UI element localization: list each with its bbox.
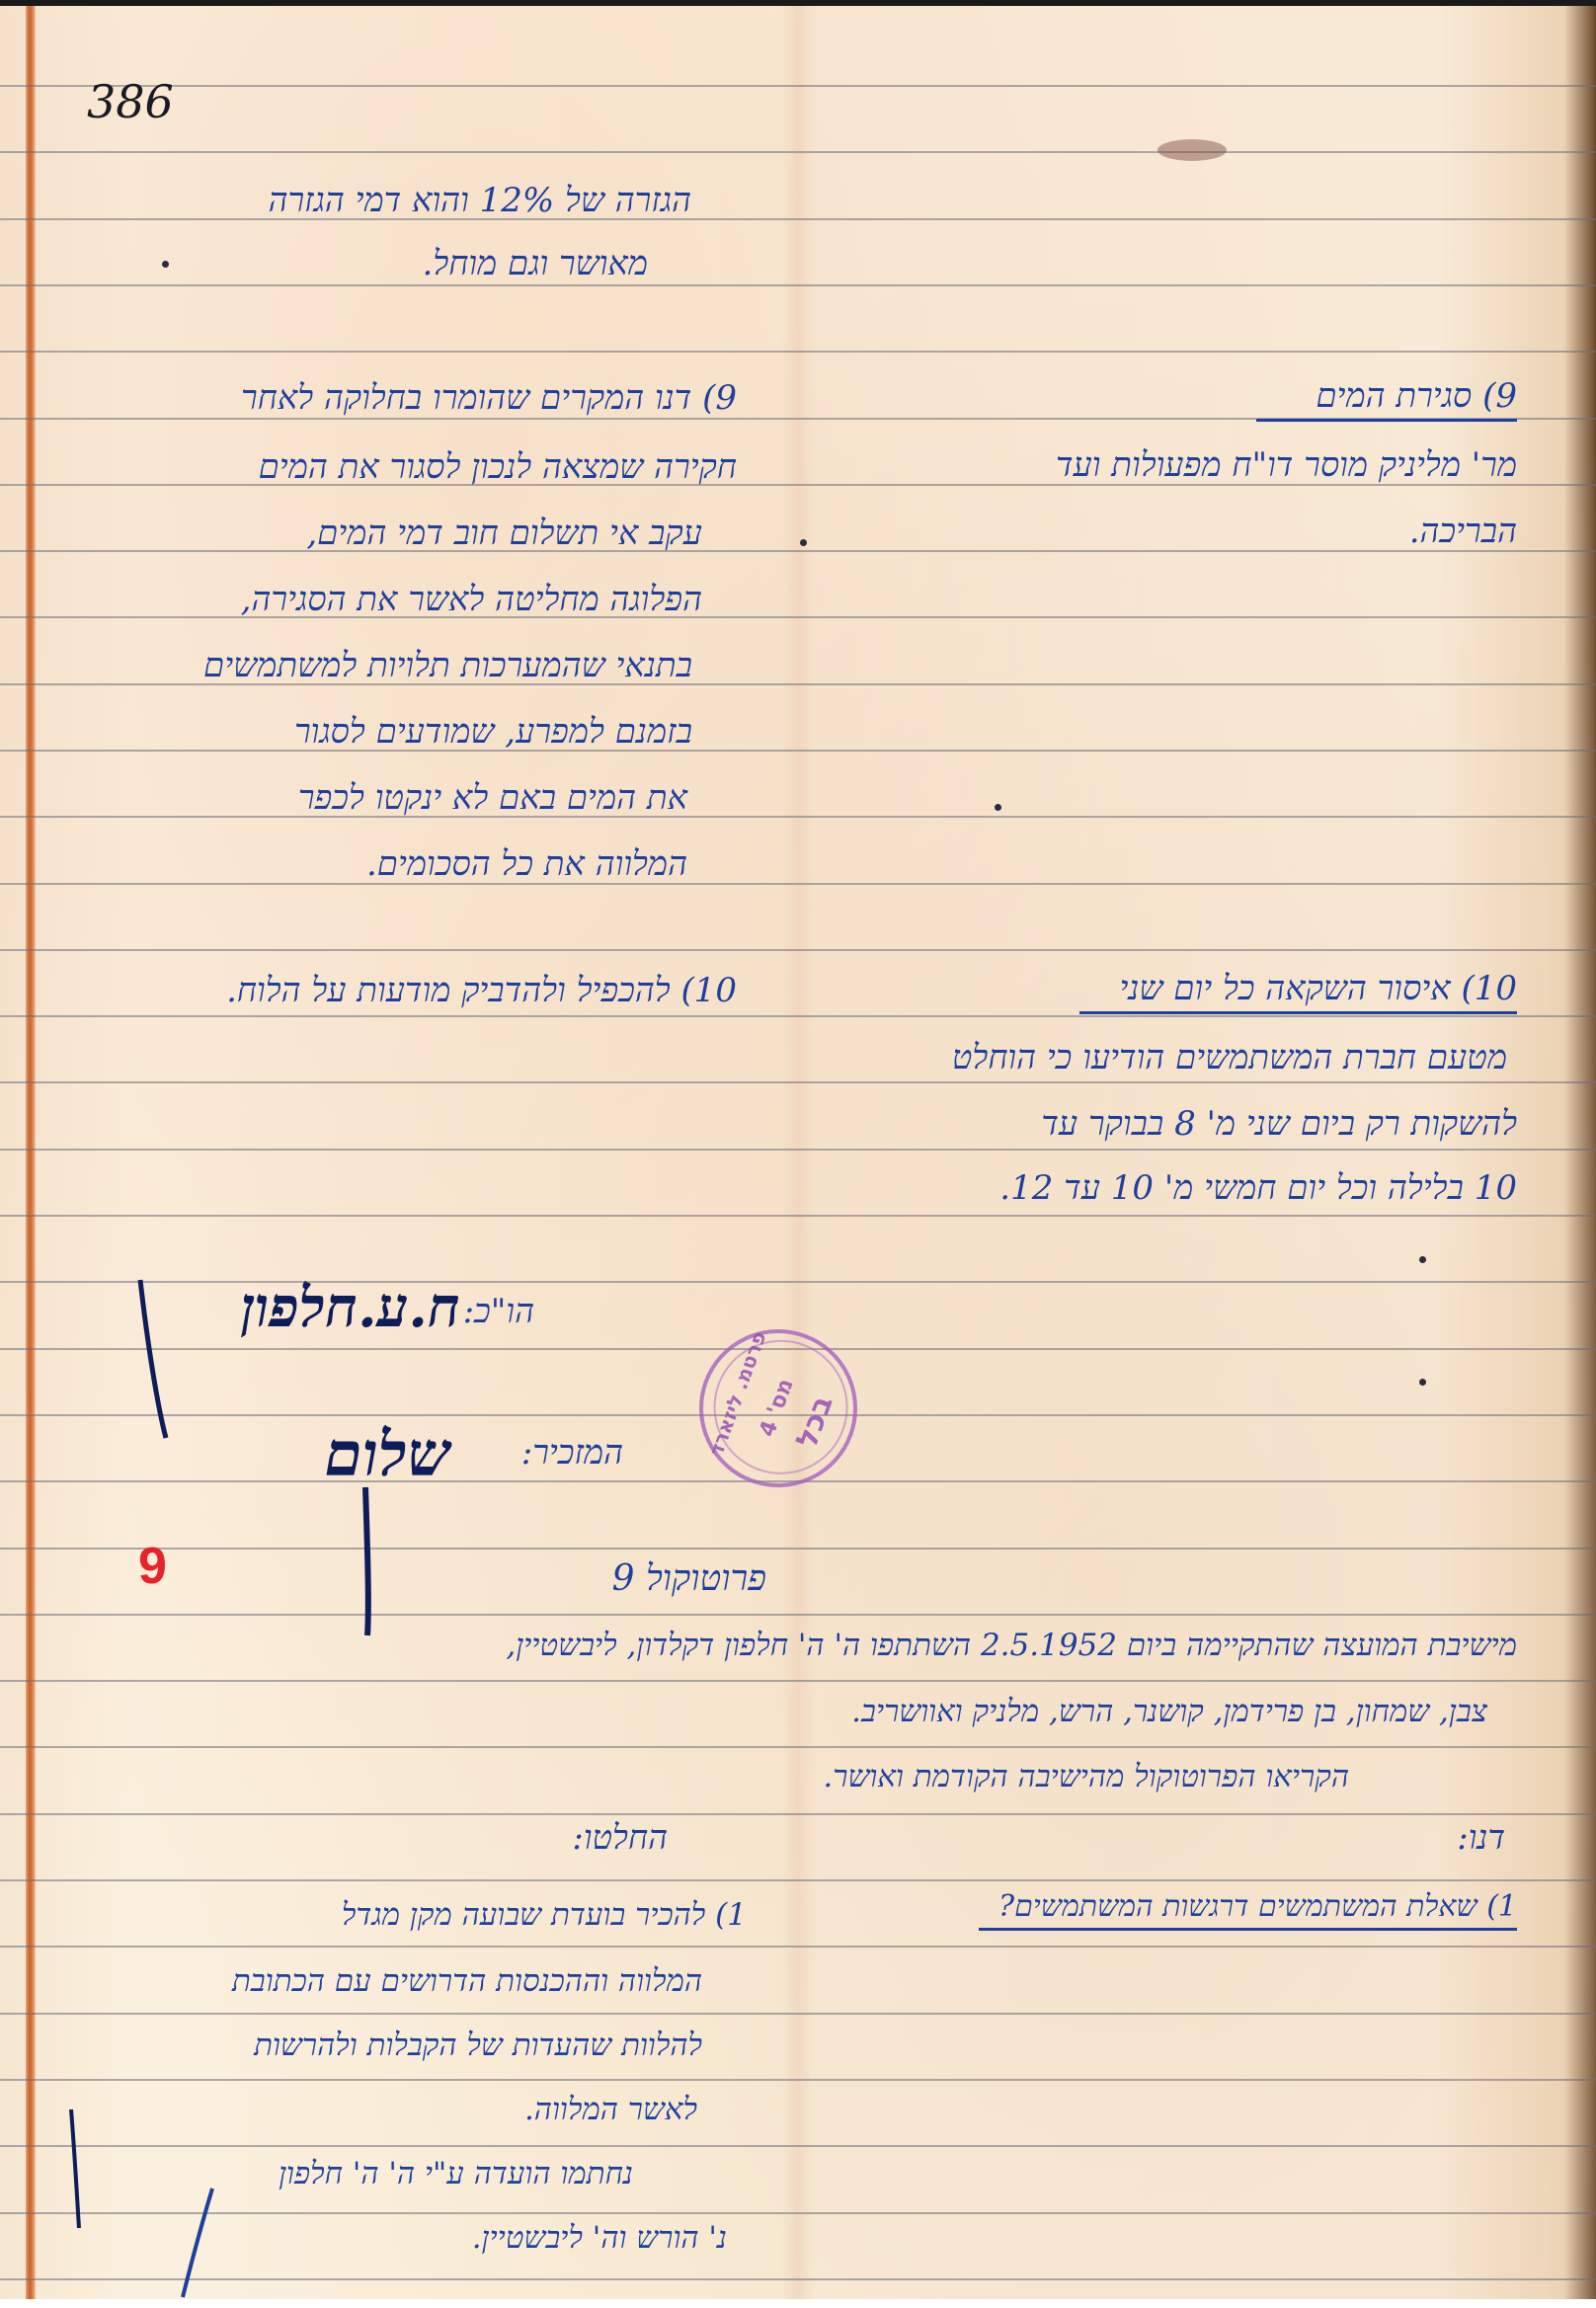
ruled-line — [0, 1813, 1596, 1815]
left-item-9-line: הפלוגה מחליטה לאשר את הסגירה, — [241, 583, 702, 616]
page-number: 386 — [87, 75, 174, 128]
left-protocol-item-1-line: 1) להכיר בועדת שבועה מקן מגדל — [342, 1900, 747, 1931]
protocol-intro-line: מישיבת המועצה שהתקיימה ביום 2.5.1952 השת… — [506, 1631, 1517, 1661]
ruled-line — [0, 816, 1596, 818]
right-item-9-line: הבריכה. — [1409, 515, 1517, 548]
ink-blot — [1157, 139, 1227, 161]
right-item-9-heading: 9) סגירת המים — [1256, 379, 1517, 422]
secretary-label: המזכיר: — [521, 1436, 623, 1470]
right-item-9-line: מר' מליניק מוסר דו"ח מפעולות ועד — [1056, 448, 1517, 482]
left-item-9-line: עקב אי תשלום חוב דמי המים, — [306, 517, 702, 550]
header-line-2: מאושר וגם מוחל. — [423, 247, 648, 280]
ink-dot — [995, 804, 1001, 811]
ruled-line — [0, 1946, 1596, 1948]
left-item-9-line: חקירה שמצאה לנכון לסגור את המים — [259, 450, 737, 484]
right-item-10-line: 10 בלילה וכל יום חמשי מ' 10 עד 12. — [999, 1171, 1517, 1205]
ruled-line — [0, 284, 1596, 286]
ruled-line — [0, 2278, 1596, 2280]
secretary-signature: שלום — [325, 1418, 450, 1491]
ruled-line — [0, 1680, 1596, 1682]
left-item-9-line: 9) דנו המקרים שהומרו בחלוקה לאחר — [241, 381, 737, 415]
right-item-10-heading: 10) איסור השקאה כל יום שני — [1079, 972, 1517, 1014]
left-protocol-item-1-line: להלוות שהעדות של הקבלות ולהרשות — [254, 2030, 702, 2061]
ruled-line — [0, 1281, 1596, 1283]
ruled-line — [0, 2145, 1596, 2147]
ink-dot — [1419, 1256, 1426, 1263]
discussed-label: דנו: — [1457, 1821, 1505, 1855]
ruled-line — [0, 2013, 1596, 2015]
ruled-line — [0, 2079, 1596, 2081]
ruled-line — [0, 1215, 1596, 1217]
closing-line: נחתמו הועדה ע"י ה' ה' חלפון — [279, 2159, 633, 2189]
closing-line: נ' הורש וה' ליבשטיין. — [472, 2223, 727, 2254]
left-item-9-line: בזמנם למפרע, שמודעים לסגור — [294, 715, 692, 749]
right-item-10-line: מטעם חברת המשתמשים הודיעו כי הוחלט — [952, 1041, 1507, 1074]
left-item-9-line: את המים באם לא ינקטו לכפר — [298, 781, 687, 815]
ruled-line — [0, 1879, 1596, 1881]
ruled-line — [0, 750, 1596, 752]
header-line-1: הגזרה של 12% והוא דמי הגזרה — [269, 184, 691, 217]
ink-dot — [1419, 1379, 1426, 1386]
left-item-10: 10) להכפיל ולהדביק מודעות על הלוח. — [226, 974, 737, 1007]
left-item-9-line: בתנאי שהמערכות תלויות למשתמשים — [203, 649, 692, 682]
ruled-line — [0, 1614, 1596, 1616]
ruled-line — [0, 949, 1596, 951]
ruled-line — [0, 1149, 1596, 1151]
notebook-page: 386 הגזרה של 12% והוא דמי הגזרה מאושר וג… — [0, 0, 1596, 2299]
rubber-stamp: פרטמ. ליזארד מס' 4 בכל — [677, 1307, 879, 1509]
left-protocol-item-1-line: המלווה וההכנסות הדרושים עם הכתובת — [232, 1966, 702, 1997]
right-protocol-item-1: 1) שאלת המשתמשים דרגשות המשתמשים? — [979, 1892, 1517, 1931]
ruled-line — [0, 616, 1596, 618]
chairman-signature: ח.ע.חלפון — [241, 1275, 460, 1340]
ruled-line — [0, 351, 1596, 353]
ruled-line — [0, 1081, 1596, 1083]
right-item-10-line: להשקות רק ביום שני מ' 8 בבוקר עד — [1041, 1107, 1517, 1141]
ink-dot — [800, 539, 807, 546]
ruled-line — [0, 883, 1596, 885]
protocol-title: פרוטוקול 9 — [612, 1561, 766, 1597]
archive-marker: 9 — [138, 1537, 167, 1596]
ruled-line — [0, 1548, 1596, 1550]
ruled-line — [0, 2212, 1596, 2214]
ruled-line — [0, 550, 1596, 552]
ink-dot — [162, 261, 169, 268]
ruled-line — [0, 218, 1596, 220]
left-item-9-line: המלווה את כל הסכומים. — [366, 847, 687, 881]
ruled-line — [0, 85, 1596, 87]
protocol-intro-line: הקריאו הפרוטוקול מהישיבה הקודמת ואושר. — [823, 1762, 1349, 1792]
chairman-label: הו"כ: — [463, 1295, 534, 1328]
ruled-line — [0, 1015, 1596, 1017]
decided-label: החלטו: — [572, 1821, 668, 1855]
protocol-intro-line: צבן, שמחון, בן פרידמן, קושנר, הרש, מלניק… — [851, 1697, 1487, 1727]
ruled-line — [0, 1746, 1596, 1748]
left-protocol-item-1-line: לאשר המלווה. — [524, 2095, 697, 2125]
ruled-line — [0, 151, 1596, 153]
